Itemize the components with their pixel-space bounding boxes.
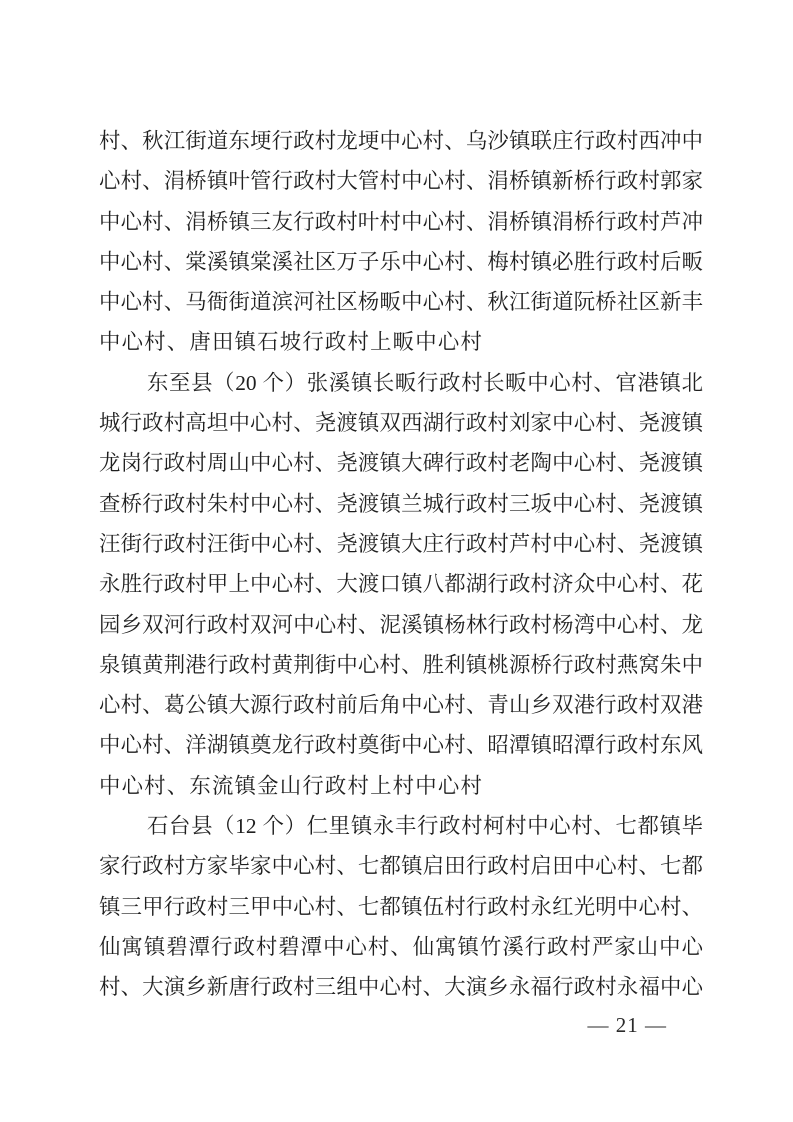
text-line: 中心村、东流镇金山行政村上村中心村 xyxy=(99,766,703,806)
text-line: 中心村、马衙街道滨河社区杨畈中心村、秋江街道阮桥社区新丰 xyxy=(99,282,703,322)
text-line: 永胜行政村甲上中心村、大渡口镇八都湖行政村济众中心村、花 xyxy=(99,564,703,604)
text-block: 村、秋江街道东埂行政村龙埂中心村、乌沙镇联庄行政村西冲中心村、涓桥镇叶管行政村大… xyxy=(99,121,703,1008)
text-line: 查桥行政村朱村中心村、尧渡镇兰城行政村三坂中心村、尧渡镇 xyxy=(99,484,703,524)
text-line: 城行政村高坦中心村、尧渡镇双西湖行政村刘家中心村、尧渡镇 xyxy=(99,403,703,443)
text-line: 中心村、洋湖镇奠龙行政村奠街中心村、昭潭镇昭潭行政村东风 xyxy=(99,725,703,765)
text-line: 村、大演乡新唐行政村三组中心村、大演乡永福行政村永福中心 xyxy=(99,967,703,1007)
text-line: 东至县（20 个）张溪镇长畈行政村长畈中心村、官港镇北 xyxy=(99,363,703,403)
text-line: 汪街行政村汪街中心村、尧渡镇大庄行政村芦村中心村、尧渡镇 xyxy=(99,524,703,564)
text-line: 中心村、涓桥镇三友行政村叶村中心村、涓桥镇涓桥行政村芦冲 xyxy=(99,202,703,242)
page-number: — 21 — xyxy=(588,1010,668,1040)
text-line: 心村、葛公镇大源行政村前后角中心村、青山乡双港行政村双港 xyxy=(99,685,703,725)
text-line: 园乡双河行政村双河中心村、泥溪镇杨林行政村杨湾中心村、龙 xyxy=(99,605,703,645)
text-line: 家行政村方家毕家中心村、七都镇启田行政村启田中心村、七都 xyxy=(99,846,703,886)
text-line: 中心村、棠溪镇棠溪社区万子乐中心村、梅村镇必胜行政村后畈 xyxy=(99,242,703,282)
text-line: 石台县（12 个）仁里镇永丰行政村柯村中心村、七都镇毕 xyxy=(99,806,703,846)
text-line: 仙寓镇碧潭行政村碧潭中心村、仙寓镇竹溪行政村严家山中心 xyxy=(99,927,703,967)
text-line: 镇三甲行政村三甲中心村、七都镇伍村行政村永红光明中心村、 xyxy=(99,887,703,927)
text-line: 泉镇黄荆港行政村黄荆街中心村、胜利镇桃源桥行政村燕窝朱中 xyxy=(99,645,703,685)
text-line: 中心村、唐田镇石坡行政村上畈中心村 xyxy=(99,322,703,362)
text-line: 龙岗行政村周山中心村、尧渡镇大碑行政村老陶中心村、尧渡镇 xyxy=(99,443,703,483)
text-line: 村、秋江街道东埂行政村龙埂中心村、乌沙镇联庄行政村西冲中 xyxy=(99,121,703,161)
document-page: 村、秋江街道东埂行政村龙埂中心村、乌沙镇联庄行政村西冲中心村、涓桥镇叶管行政村大… xyxy=(0,0,793,1122)
text-line: 心村、涓桥镇叶管行政村大管村中心村、涓桥镇新桥行政村郭家 xyxy=(99,161,703,201)
